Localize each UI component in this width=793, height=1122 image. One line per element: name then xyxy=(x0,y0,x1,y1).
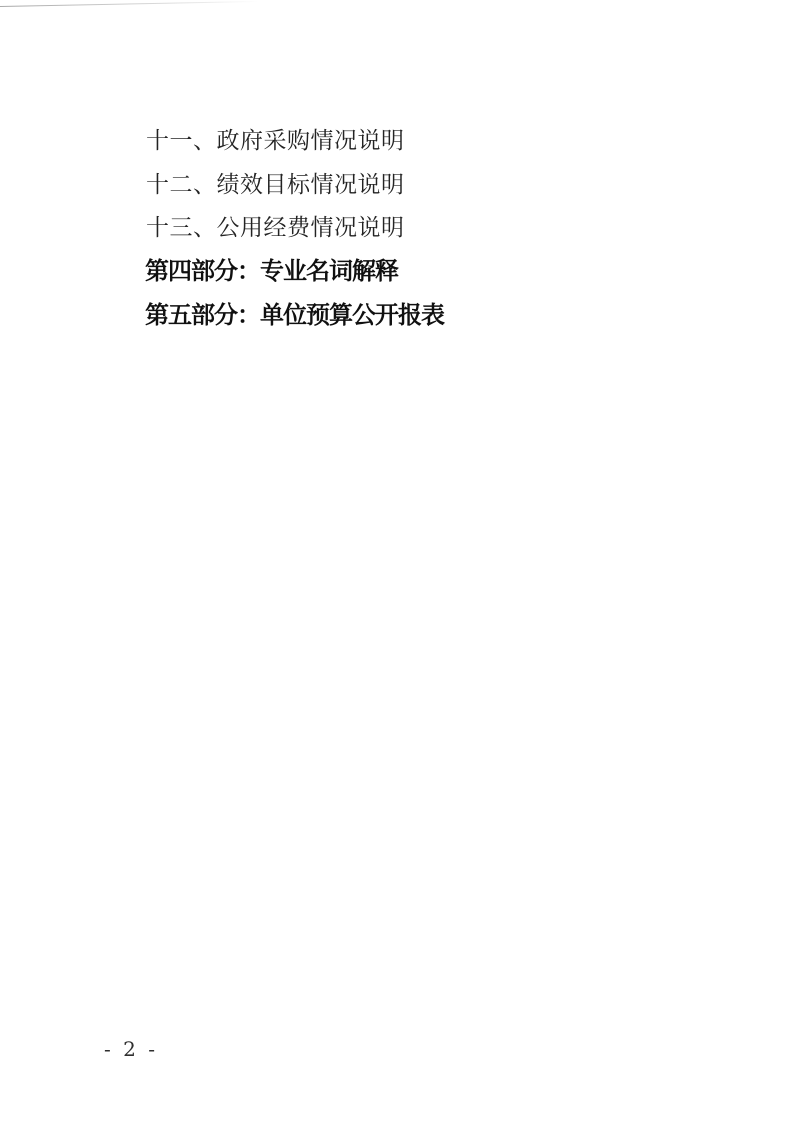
toc-item-12: 十二、绩效目标情况说明 xyxy=(146,173,405,197)
scan-artifact-line xyxy=(0,1,258,7)
toc-item-13: 十三、公用经费情况说明 xyxy=(146,216,405,240)
toc-item-11: 十一、政府采购情况说明 xyxy=(146,129,405,153)
section-heading-part5: 第五部分：单位预算公开报表 xyxy=(145,302,444,328)
section-heading-part4: 第四部分：专业名词解释 xyxy=(145,258,398,284)
page-number: - 2 - xyxy=(104,1038,158,1060)
document-page: 十一、政府采购情况说明 十二、绩效目标情况说明 十三、公用经费情况说明 第四部分… xyxy=(0,0,793,1122)
